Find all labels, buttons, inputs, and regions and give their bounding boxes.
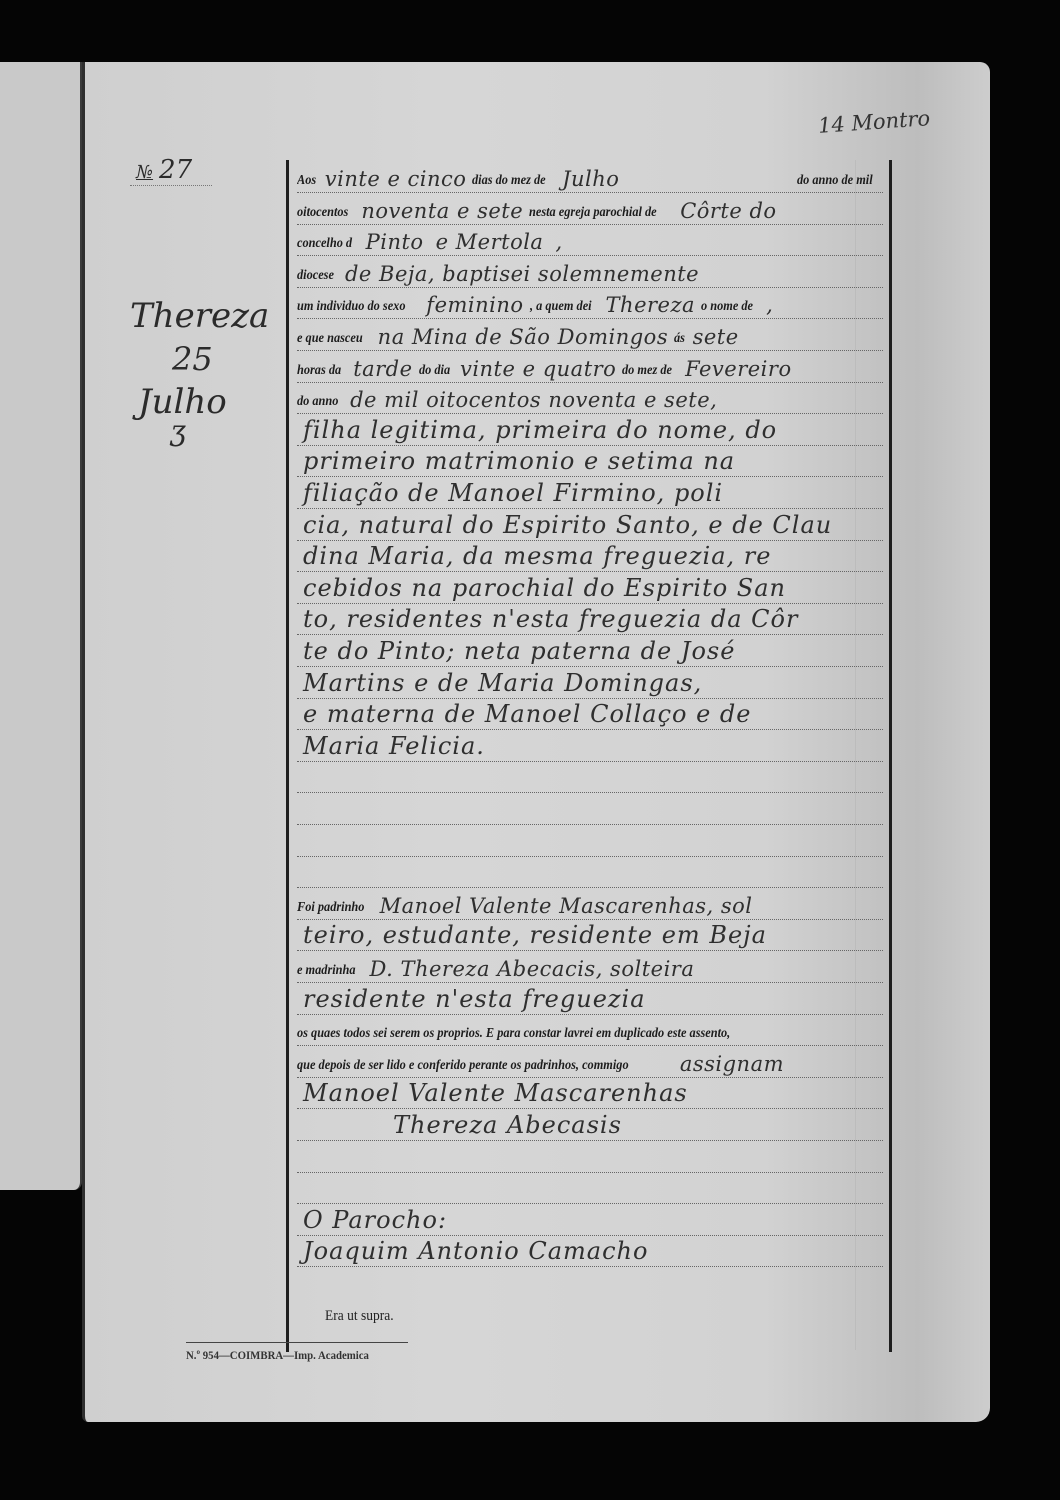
handwritten-text: Thereza xyxy=(600,293,702,318)
facing-page-edge xyxy=(0,62,82,1190)
register-line: residente n'esta freguezia xyxy=(297,982,883,1015)
handwritten-text: to, residentes n'esta freguezia da Côr xyxy=(297,605,804,634)
register-line: os quaes todos sei serem os proprios. E … xyxy=(297,1013,883,1046)
handwritten-text: de Beja, baptisei solemnemente xyxy=(339,262,705,287)
printed-text: nesta egreja parochial de xyxy=(529,205,657,224)
printed-text: Foi padrinho xyxy=(297,900,364,919)
handwritten-text: vinte e cinco xyxy=(319,167,473,192)
register-line: horas datardedo diavinte e quatrodo mez … xyxy=(297,350,883,383)
handwritten-text: Julho xyxy=(556,167,625,192)
register-line xyxy=(297,792,883,825)
handwritten-text: residente n'esta freguezia xyxy=(297,985,652,1014)
handwritten-text: noventa e sete xyxy=(355,199,529,224)
printed-text: concelho d xyxy=(297,236,352,255)
entry-frame: Era ut supra. Aosvinte e cincodias do me… xyxy=(286,160,892,1352)
handwritten-text: filiação de Manoel Firmino, poli xyxy=(297,479,729,508)
printed-text: do anno de mil xyxy=(797,173,873,192)
handwritten-text: Manoel Valente Mascarenhas, sol xyxy=(374,894,759,919)
register-line: filha legitima, primeira do nome, do xyxy=(297,413,883,446)
register-line: Joaquim Antonio Camacho xyxy=(297,1234,883,1267)
margin-column: №27 Thereza 25 Julho ʒ xyxy=(130,155,285,447)
register-line: Maria Felicia. xyxy=(297,729,883,762)
printed-text: do mez de xyxy=(622,363,672,382)
handwritten-text: Pinto xyxy=(360,230,430,255)
handwritten-text: Côrte do xyxy=(674,199,782,224)
register-line: e madrinhaD. Thereza Abecacis, solteira xyxy=(297,950,883,983)
register-line: teiro, estudante, residente em Beja xyxy=(297,918,883,951)
register-line: e que nasceuna Mina de São Domingosásset… xyxy=(297,318,883,351)
handwritten-text: vinte e quatro xyxy=(454,357,622,382)
handwritten-text: e Mertola xyxy=(430,230,550,255)
printed-text: , a quem dei xyxy=(530,299,592,318)
register-line: to, residentes n'esta freguezia da Côr xyxy=(297,602,883,635)
handwritten-text: Manoel Valente Mascarenhas xyxy=(297,1079,694,1108)
handwritten-text: Maria Felicia. xyxy=(297,732,491,761)
printed-text: dias do mez de xyxy=(472,173,546,192)
register-line xyxy=(297,824,883,857)
printed-text: e que nasceu xyxy=(297,331,363,350)
register-line: primeiro matrimonio e setima na xyxy=(297,444,883,477)
handwritten-text: Thereza Abecasis xyxy=(387,1111,628,1140)
register-line: cia, natural do Espirito Santo, e de Cla… xyxy=(297,508,883,541)
register-line xyxy=(297,1171,883,1204)
printed-text: os quaes todos sei serem os proprios. E … xyxy=(297,1026,730,1045)
handwritten-text: e materna de Manoel Collaço e de xyxy=(297,700,758,729)
register-line: oitocentosnoventa e setenesta egreja par… xyxy=(297,192,883,225)
closing-formula: Era ut supra. xyxy=(325,1308,394,1325)
register-line: do annode mil oitocentos noventa e sete, xyxy=(297,381,883,414)
handwritten-text: te do Pinto; neta paterna de José xyxy=(297,637,741,666)
punctuation: , xyxy=(760,293,779,318)
handwritten-text: sete xyxy=(687,325,745,350)
printed-text: e madrinha xyxy=(297,963,356,982)
handwritten-text: feminino xyxy=(420,293,529,318)
handwritten-text: Joaquim Antonio Camacho xyxy=(297,1237,654,1266)
handwritten-text: cebidos na parochial do Espirito San xyxy=(297,574,792,603)
register-line: dina Maria, da mesma freguezia, re xyxy=(297,539,883,572)
printed-text: do dia xyxy=(419,363,450,382)
register-line: diocesede Beja, baptisei solemnemente xyxy=(297,255,883,288)
register-line: te do Pinto; neta paterna de José xyxy=(297,634,883,667)
footer-rule xyxy=(186,1342,408,1343)
register-line: que depois de ser lido e conferido peran… xyxy=(297,1045,883,1078)
handwritten-text: O Parocho: xyxy=(297,1206,453,1235)
handwritten-text: D. Thereza Abecacis, solteira xyxy=(364,957,701,982)
entry-number-label: № xyxy=(136,162,153,183)
register-line: cebidos na parochial do Espirito San xyxy=(297,571,883,604)
register-line: Foi padrinhoManoel Valente Mascarenhas, … xyxy=(297,887,883,920)
register-line: e materna de Manoel Collaço e de xyxy=(297,697,883,730)
handwritten-text: Fevereiro xyxy=(679,357,798,382)
handwritten-text: dina Maria, da mesma freguezia, re xyxy=(297,542,777,571)
register-line: concelho dPintoe Mertola, xyxy=(297,223,883,256)
register-line: Martins e de Maria Domingas, xyxy=(297,666,883,699)
handwritten-text: teiro, estudante, residente em Beja xyxy=(297,921,773,950)
register-line: Thereza Abecasis xyxy=(297,1108,883,1141)
punctuation: , xyxy=(549,230,568,255)
handwritten-text: assignam xyxy=(674,1052,790,1077)
printed-text: oitocentos xyxy=(297,205,348,224)
entry-number-value: 27 xyxy=(159,155,192,185)
printed-text: diocese xyxy=(297,268,334,287)
printed-text: horas da xyxy=(297,363,341,382)
register-line: Manoel Valente Mascarenhas xyxy=(297,1076,883,1109)
handwritten-text: de mil oitocentos noventa e sete, xyxy=(344,388,723,413)
register-line: um individuo do sexofeminino, a quem dei… xyxy=(297,286,883,319)
handwritten-text: cia, natural do Espirito Santo, e de Cla… xyxy=(297,511,838,540)
printed-text: ás xyxy=(674,331,685,350)
printed-text: um individuo do sexo xyxy=(297,299,406,318)
register-line xyxy=(297,760,883,793)
entry-number: №27 xyxy=(130,155,212,186)
handwritten-text: tarde xyxy=(347,357,418,382)
register-line xyxy=(297,1140,883,1173)
printer-imprint: N.º 954—COIMBRA—Imp. Academica xyxy=(186,1348,369,1363)
margin-name: Thereza xyxy=(130,296,285,336)
printed-text: do anno xyxy=(297,394,338,413)
register-line: Aosvinte e cincodias do mez deJulhodo an… xyxy=(297,160,883,193)
margin-day: 25 xyxy=(130,340,285,378)
printed-text: que depois de ser lido e conferido peran… xyxy=(297,1058,629,1077)
printed-text: o nome de xyxy=(701,299,753,318)
register-line: filiação de Manoel Firmino, poli xyxy=(297,476,883,509)
register-line xyxy=(297,855,883,888)
printed-text: Aos xyxy=(297,173,316,192)
handwritten-text: na Mina de São Domingos xyxy=(372,325,674,350)
handwritten-text: filha legitima, primeira do nome, do xyxy=(297,416,783,445)
handwritten-text: Martins e de Maria Domingas, xyxy=(297,669,708,698)
handwritten-text: primeiro matrimonio e setima na xyxy=(297,447,741,476)
register-line: O Parocho: xyxy=(297,1203,883,1236)
